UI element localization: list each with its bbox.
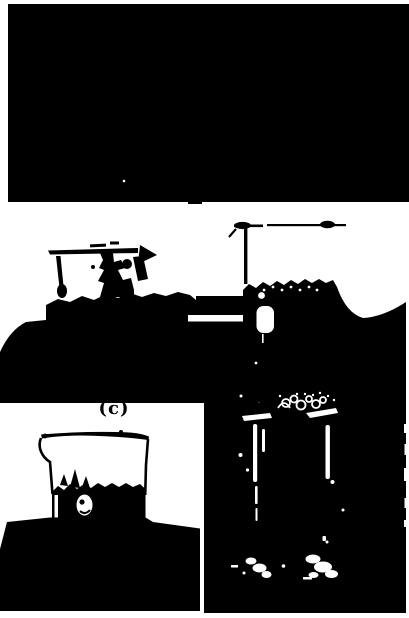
- left-bench-band: [0, 292, 196, 403]
- rod-left-knob: [234, 222, 251, 229]
- figure-artwork: [0, 0, 409, 618]
- bench-edge-highlight: [188, 315, 243, 322]
- photo-panel-top: [8, 4, 409, 204]
- bench-connector: [196, 296, 243, 403]
- beaker-rim: [41, 432, 149, 440]
- beaker-right-wall: [145, 439, 148, 495]
- patent-figure: [0, 0, 409, 618]
- vessel-photo: [204, 403, 406, 613]
- tick-mark: [229, 229, 236, 237]
- bench-shadow: [0, 517, 200, 612]
- thermometer-and-rod: [229, 221, 346, 284]
- panel-label-c: (c): [90, 398, 138, 420]
- right-beaker-mass: [243, 279, 337, 403]
- thermometer-stem: [244, 226, 247, 284]
- rod-right-knob: [320, 221, 335, 229]
- dust-speck: [123, 180, 126, 183]
- beaker-left-wall: [40, 438, 53, 494]
- beaker-label-highlight: [257, 306, 275, 333]
- dark-liquid: [52, 483, 146, 520]
- right-bench-curve: [337, 287, 406, 403]
- photo-panel-bottom-right: [204, 392, 407, 613]
- photo-panel-bottom-left: [0, 430, 200, 611]
- beaker-rim: [48, 248, 138, 255]
- wall-highlight: [55, 495, 59, 521]
- left-beaker: [48, 242, 157, 299]
- photo-panel-middle: [0, 221, 406, 406]
